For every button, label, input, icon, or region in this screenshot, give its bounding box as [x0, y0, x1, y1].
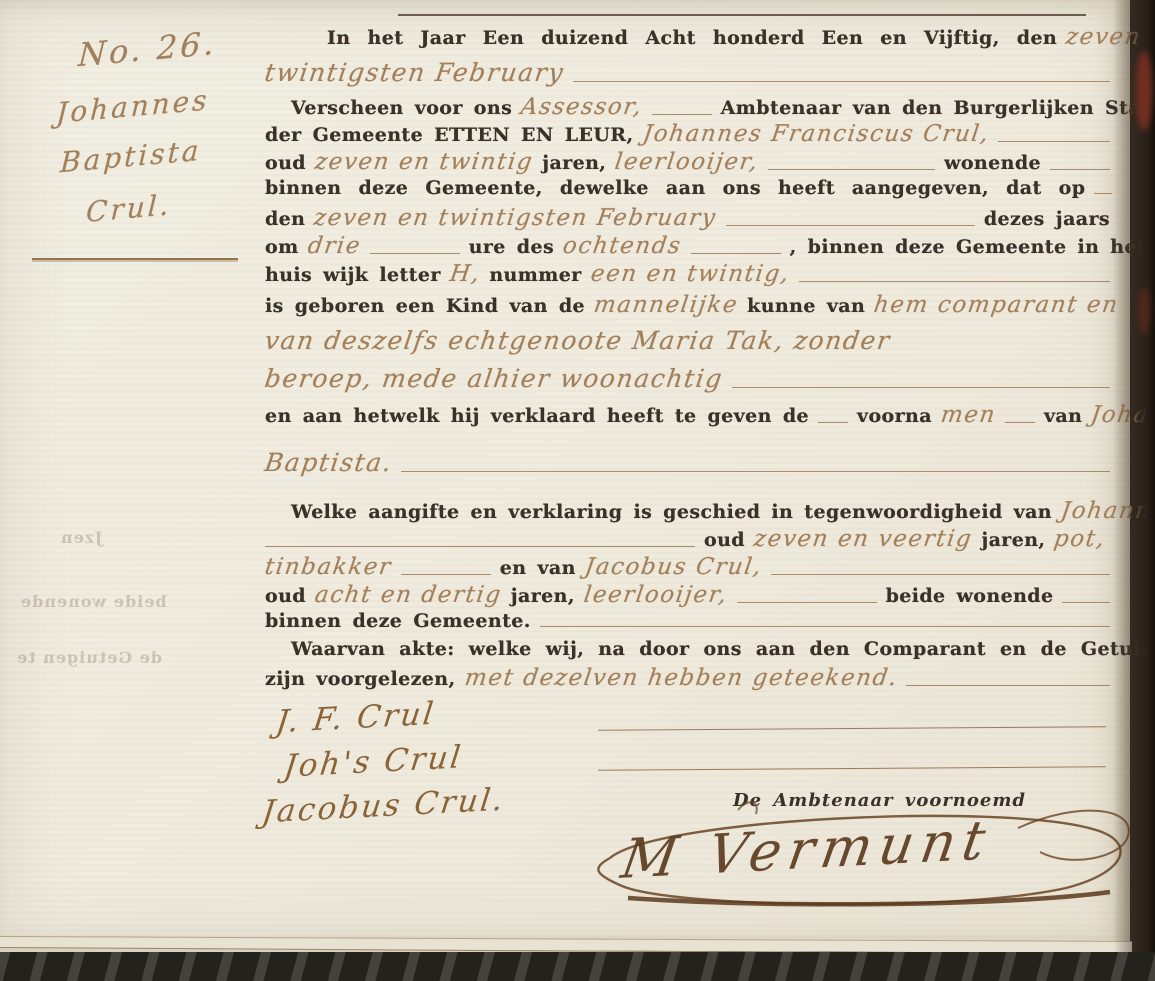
birth-certificate-scan: No. 26. Johannes Baptista Crul. Jzen bei…: [0, 0, 1155, 981]
body-line-5: oud zeven en twintig jaren, leerlooijer,…: [265, 149, 1110, 175]
printed-text: jaren,: [981, 529, 1045, 551]
handwritten-entry: een en twintig,: [589, 261, 791, 287]
printed-text: binnen deze Gemeente.: [265, 610, 531, 632]
official-signature: M Vermunt: [588, 796, 1144, 916]
body-line-12: beroep, mede alhier woonachtig: [265, 364, 1110, 393]
fill-line: [1050, 169, 1110, 170]
handwritten-entry: leerlooijer,: [582, 582, 729, 608]
handwritten-entry: zeven en twintig: [313, 149, 535, 175]
handwritten-entry: Assessor,: [519, 94, 644, 120]
printed-text: nummer: [489, 264, 581, 286]
handwritten-entry: van deszelfs echtgenoote Maria Tak, zond…: [263, 326, 893, 355]
body-line-20: Waarvan akte: welke wij, na door ons aan…: [265, 638, 1110, 660]
body-line-9: huis wijk letter H, nummer een en twinti…: [265, 261, 1110, 287]
printed-text: beide wonende: [886, 585, 1054, 607]
fill-line: [818, 422, 848, 423]
body-line-14: Baptista.: [265, 448, 1110, 477]
fill-line: [726, 225, 975, 226]
binding-red-mark: [1138, 288, 1150, 334]
handwritten-entry: leerlooijer,: [614, 149, 761, 175]
printed-text: Welke aangifte en verklaring is geschied…: [265, 501, 1052, 523]
margin-rule: [32, 258, 238, 260]
fill-line: [573, 81, 1110, 82]
binding-red-mark: [1136, 52, 1152, 130]
fill-line: [1005, 422, 1035, 423]
body-line-11: van deszelfs echtgenoote Maria Tak, zond…: [265, 326, 1110, 355]
handwritten-entry: tinbakker: [263, 554, 393, 580]
fill-line: [768, 169, 935, 170]
body-line-2: twintigsten February: [265, 58, 1110, 87]
printed-text: , binnen deze Gemeente in het: [790, 236, 1147, 258]
body-line-7: den zeven en twintigsten February dezes …: [265, 205, 1110, 231]
printed-text: oud: [265, 152, 306, 174]
printed-text: en van: [500, 557, 576, 579]
printed-text: van: [1044, 405, 1082, 427]
handwritten-entry: zeven en twintigsten February: [313, 205, 719, 231]
body-line-4: der Gemeente ETTEN EN LEUR, Johannes Fra…: [265, 121, 1110, 147]
header-rule: [398, 14, 1086, 16]
printed-text: Ambtenaar van den Burgerlijken Stand: [721, 97, 1155, 119]
body-line-19: binnen deze Gemeente.: [265, 610, 1110, 632]
ink-bleedthrough: Jzen: [60, 528, 102, 547]
fill-line: [998, 141, 1110, 142]
printed-text: ure des: [469, 236, 554, 258]
body-line-8: om drie ure des ochtends , binnen deze G…: [265, 233, 1110, 259]
fill-line: [1094, 193, 1112, 194]
handwritten-entry: H,: [448, 261, 482, 287]
printed-text: oud: [265, 585, 306, 607]
fill-line: [691, 253, 781, 254]
printed-text: kunne van: [747, 295, 865, 317]
body-line-10: is geboren een Kind van de mannelijke ku…: [265, 292, 1110, 318]
handwritten-entry: zeven en veertig: [752, 526, 974, 552]
handwritten-entry: twintigsten February: [263, 58, 566, 87]
fill-line: [540, 626, 1110, 627]
printed-text: Waarvan akte: welke wij, na door ons aan…: [265, 638, 1155, 660]
fill-line: [771, 574, 1110, 575]
handwritten-entry: hem comparant en: [872, 292, 1120, 318]
printed-text: Verscheen voor ons: [265, 97, 512, 119]
handwritten-entry: Baptista.: [263, 448, 395, 477]
printed-text: In het Jaar Een duizend Acht honderd Een…: [265, 27, 1057, 49]
fill-line: [799, 281, 1111, 282]
fill-line: [370, 253, 460, 254]
printed-text: der Gemeente ETTEN EN LEUR,: [265, 124, 634, 146]
printed-text: binnen deze Gemeente, dewelke aan ons he…: [265, 177, 1085, 199]
handwritten-entry: Johannes Franciscus Crul,: [641, 121, 991, 147]
fill-line: [401, 471, 1110, 472]
handwritten-entry: beroep, mede alhier woonachtig: [263, 364, 725, 393]
printed-text: wonende: [944, 152, 1041, 174]
body-line-6: binnen deze Gemeente, dewelke aan ons he…: [265, 177, 1110, 199]
body-line-18: oud acht en dertig jaren, leerlooijer, b…: [265, 582, 1110, 608]
printed-text: jaren,: [511, 585, 575, 607]
printed-text: en aan hetwelk hij verklaard heeft te ge…: [265, 405, 809, 427]
handwritten-entry: pot,: [1053, 526, 1108, 552]
fill-line: [1062, 602, 1110, 603]
body-line-1: In het Jaar Een duizend Acht honderd Een…: [265, 24, 1110, 50]
printed-text: is geboren een Kind van de: [265, 295, 585, 317]
printed-text: oud: [704, 529, 745, 551]
body-line-3: Verscheen voor ons Assessor, Ambtenaar v…: [265, 94, 1110, 120]
handwritten-entry: drie: [306, 233, 363, 259]
fill-line: [265, 546, 695, 547]
handwritten-entry: mannelijke: [592, 292, 740, 318]
ink-bleedthrough: de Getuigen te: [16, 648, 162, 667]
body-line-16: oud zeven en veertig jaren, pot,: [265, 526, 1110, 552]
handwritten-entry: acht en dertig: [313, 582, 503, 608]
printed-text: om: [265, 236, 299, 258]
binding-shadow: [1113, 0, 1155, 952]
printed-text: huis wijk letter: [265, 264, 441, 286]
printed-text: zijn voorgelezen,: [265, 668, 456, 690]
body-line-21: zijn voorgelezen, met dezelven hebben ge…: [265, 665, 1110, 691]
fill-line: [652, 114, 712, 115]
printed-text: den: [265, 208, 305, 230]
fill-line: [906, 685, 1110, 686]
handwritten-entry: Jacobus Crul,: [583, 554, 764, 580]
printed-text: dezes jaars: [984, 208, 1110, 230]
book-spine-shadow: [0, 952, 1155, 981]
body-line-17: tinbakker en van Jacobus Crul,: [265, 554, 1110, 580]
printed-text: jaren,: [542, 152, 606, 174]
fill-line: [401, 574, 491, 575]
body-line-13: en aan hetwelk hij verklaard heeft te ge…: [265, 402, 1110, 428]
ink-bleedthrough: beide wonende: [20, 592, 167, 611]
handwritten-entry: ochtends: [561, 233, 683, 259]
handwritten-entry: men: [939, 402, 998, 428]
handwritten-entry: met dezelven hebben geteekend.: [463, 665, 900, 691]
fill-line: [737, 602, 877, 603]
printed-text: voorna: [857, 405, 932, 427]
body-line-15: Welke aangifte en verklaring is geschied…: [265, 498, 1110, 524]
fill-line: [732, 387, 1110, 388]
